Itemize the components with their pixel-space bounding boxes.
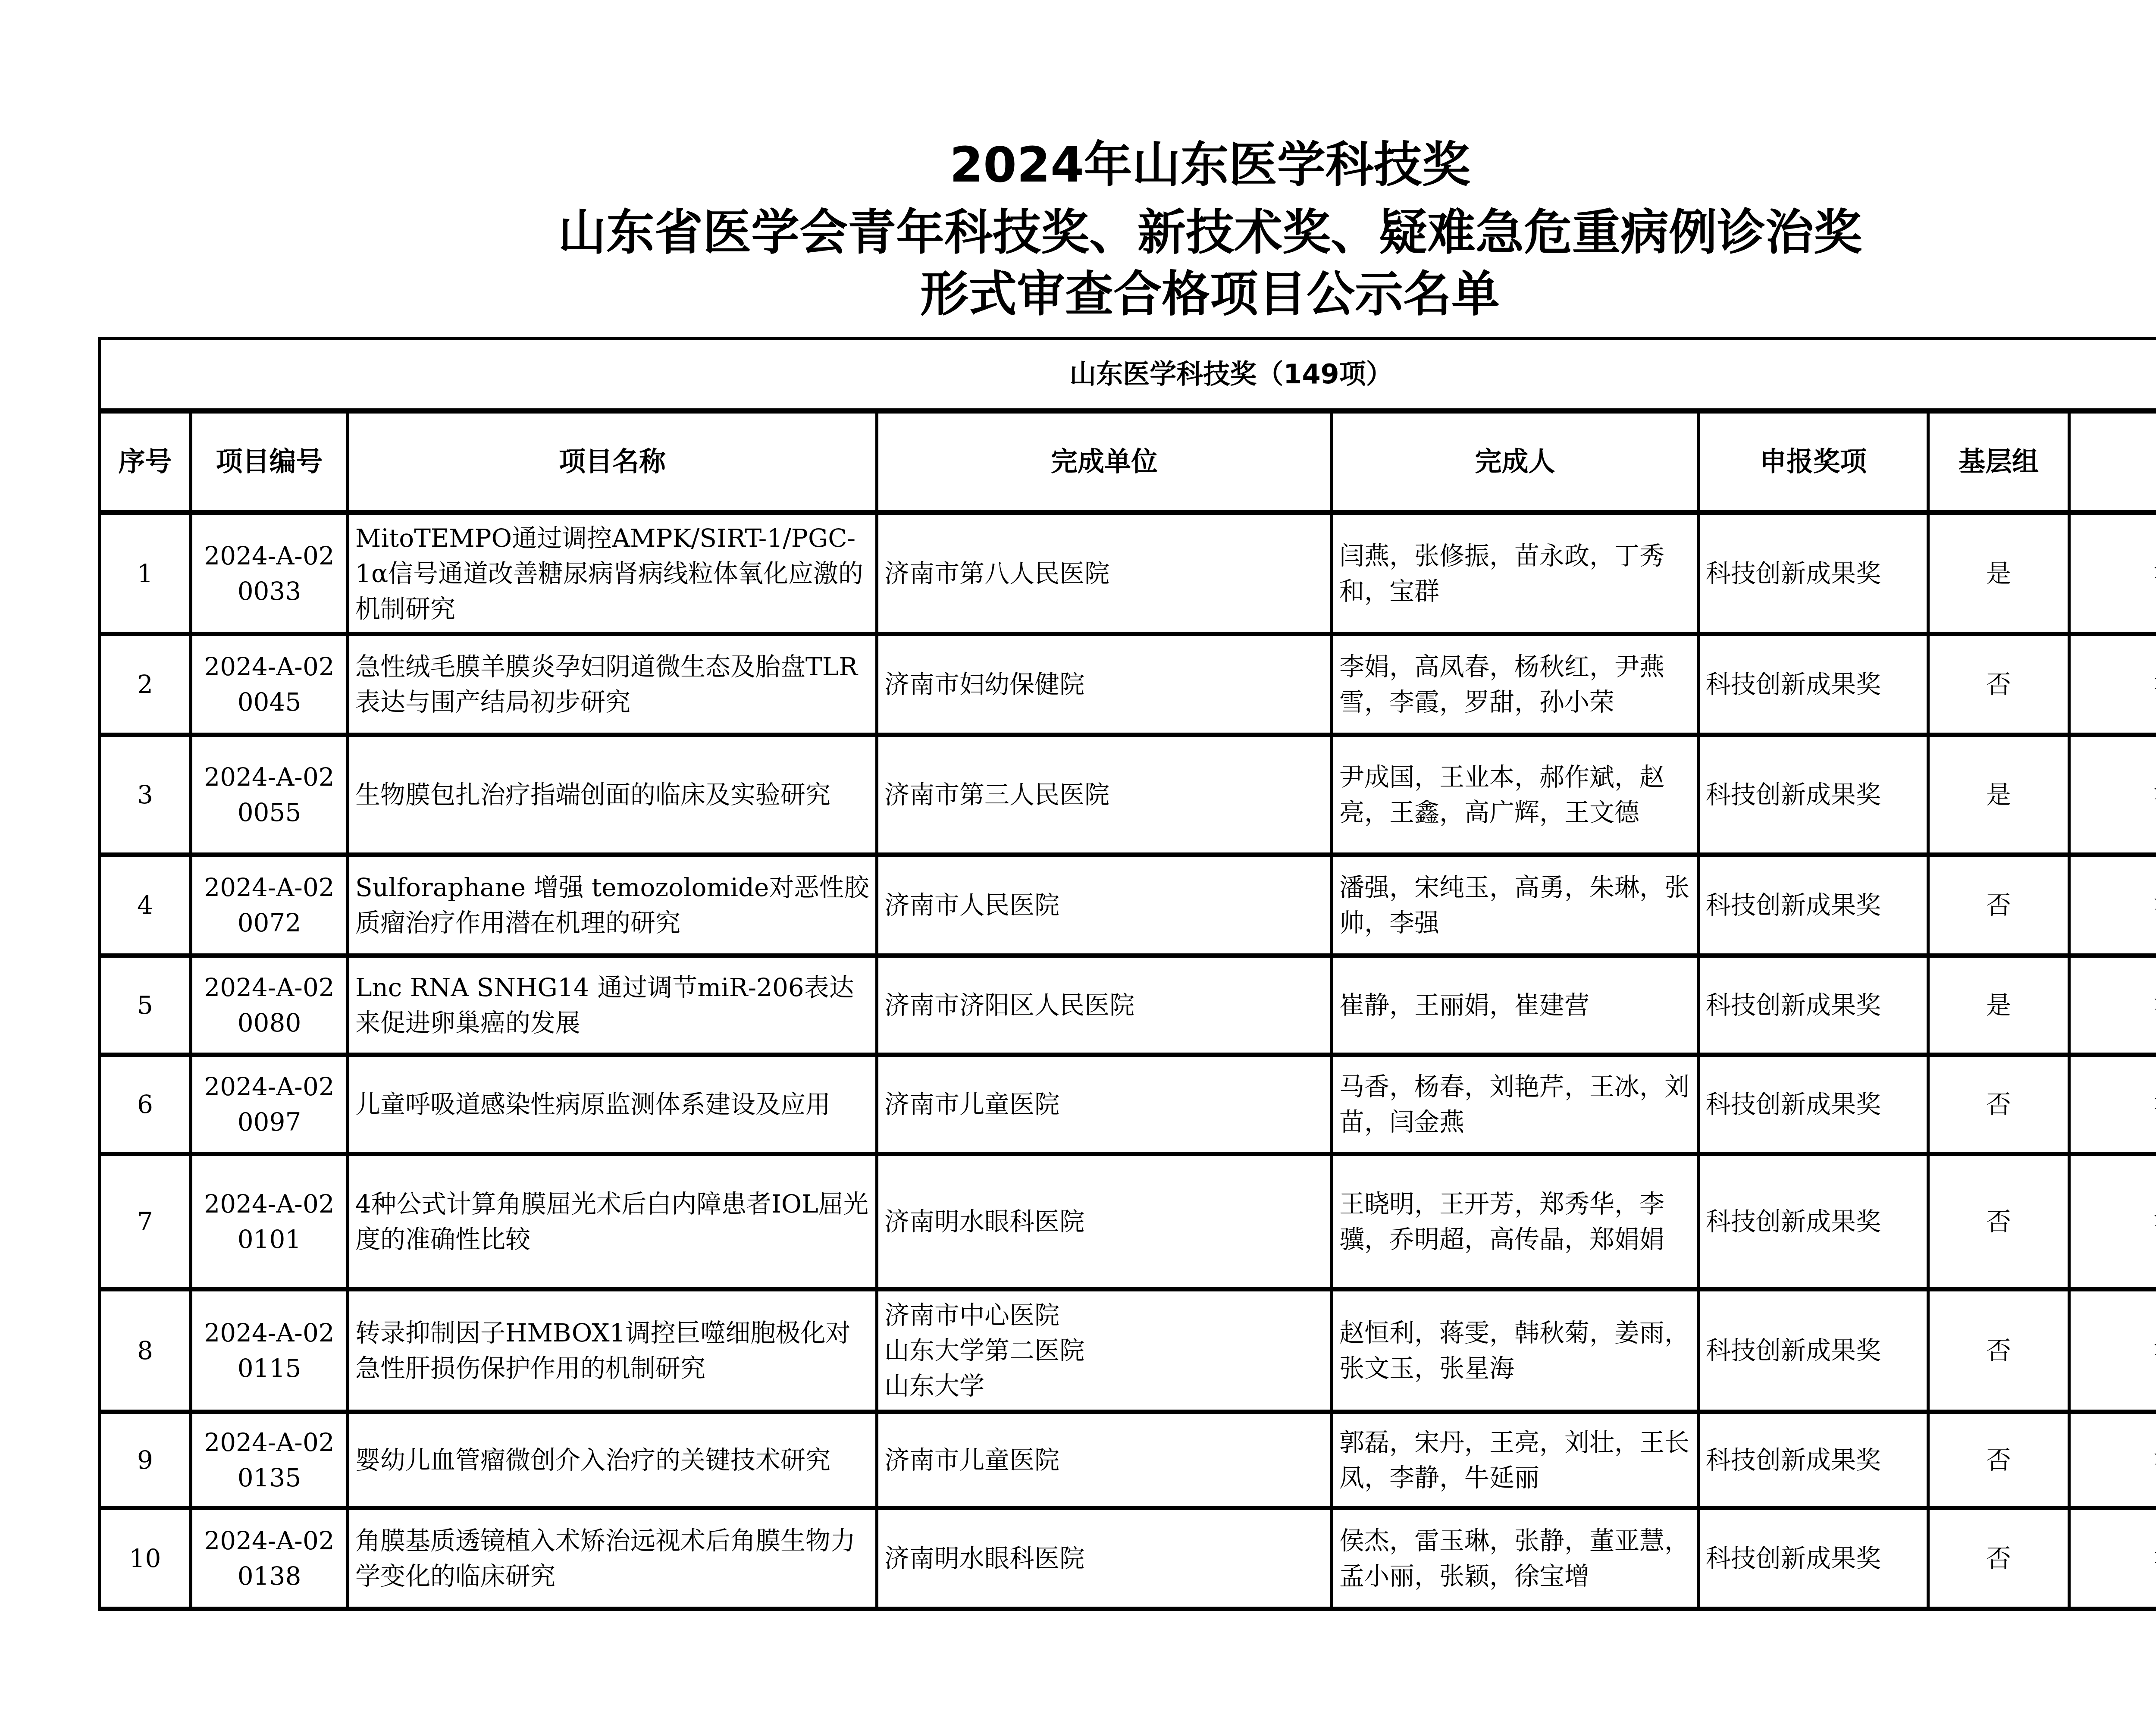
project-name: Lnc RNA SNHG14 通过调节miR-206表达来促进卵巢癌的发展 xyxy=(348,956,877,1055)
completion-people: 潘强，宋纯玉，高勇，朱琳，张帅，李强 xyxy=(1332,855,1698,956)
row-number: 2 xyxy=(100,634,191,735)
completion-people: 赵恒利，蒋雯，韩秋菊，姜雨，张文玉，张星海 xyxy=(1332,1289,1698,1412)
award-type: 科技创新成果奖 xyxy=(1698,956,1928,1055)
completion-unit: 济南明水眼科医院 xyxy=(877,1508,1332,1609)
award-type: 科技创新成果奖 xyxy=(1698,1289,1928,1412)
column-header-code: 项目编号 xyxy=(191,411,348,513)
completion-unit: 济南市妇幼保健院 xyxy=(877,634,1332,735)
row-number: 9 xyxy=(100,1412,191,1508)
row-number: 7 xyxy=(100,1154,191,1289)
row-number: 1 xyxy=(100,513,191,634)
completion-people: 闫燕，张修振，苗永政，丁秀和，宝群 xyxy=(1332,513,1698,634)
table-row: 82024-A-020115转录抑制因子HMBOX1调控巨噬细胞极化对急性肝损伤… xyxy=(100,1289,2156,1412)
grassroots-flag: 否 xyxy=(1928,855,2069,956)
row-number: 10 xyxy=(100,1508,191,1609)
project-code: 2024-A-020101 xyxy=(191,1154,348,1289)
table-row: 12024-A-020033MitoTEMPO通过调控AMPK/SIRT-1/P… xyxy=(100,513,2156,634)
project-code: 2024-A-020115 xyxy=(191,1289,348,1412)
table-row: 102024-A-020138角膜基质透镜植入术矫治远视术后角膜生物力学变化的临… xyxy=(100,1508,2156,1609)
award-type: 科技创新成果奖 xyxy=(1698,513,1928,634)
recommending-unit: 济南医学会 xyxy=(2069,1154,2156,1289)
completion-people: 郭磊，宋丹，王亮，刘壮，王长凤，李静，牛延丽 xyxy=(1332,1412,1698,1508)
project-name: Sulforaphane 增强 temozolomide对恶性胶质瘤治疗作用潜在… xyxy=(348,855,877,956)
grassroots-flag: 否 xyxy=(1928,1508,2069,1609)
award-type: 科技创新成果奖 xyxy=(1698,1055,1928,1154)
completion-unit: 济南市儿童医院 xyxy=(877,1412,1332,1508)
column-header-no: 序号 xyxy=(100,411,191,513)
award-type: 科技创新成果奖 xyxy=(1698,855,1928,956)
table-row: 92024-A-020135婴幼儿血管瘤微创介入治疗的关键技术研究济南市儿童医院… xyxy=(100,1412,2156,1508)
project-code: 2024-A-020097 xyxy=(191,1055,348,1154)
project-name: 转录抑制因子HMBOX1调控巨噬细胞极化对急性肝损伤保护作用的机制研究 xyxy=(348,1289,877,1412)
award-type: 科技创新成果奖 xyxy=(1698,1508,1928,1609)
completion-unit: 济南市第三人民医院 xyxy=(877,735,1332,855)
column-header-name: 项目名称 xyxy=(348,411,877,513)
completion-people: 尹成国，王业本，郝作斌，赵亮，王鑫，高广辉，王文德 xyxy=(1332,735,1698,855)
grassroots-flag: 是 xyxy=(1928,513,2069,634)
row-number: 4 xyxy=(100,855,191,956)
project-code: 2024-A-020033 xyxy=(191,513,348,634)
section-title: 山东医学科技奖（149项） xyxy=(100,338,2156,411)
award-type: 科技创新成果奖 xyxy=(1698,634,1928,735)
recommending-unit: 济南医学会 xyxy=(2069,1508,2156,1609)
column-header-unit: 完成单位 xyxy=(877,411,1332,513)
table-row: 22024-A-020045急性绒毛膜羊膜炎孕妇阴道微生态及胎盘TLR表达与围产… xyxy=(100,634,2156,735)
project-name: 4种公式计算角膜屈光术后白内障患者IOL屈光度的准确性比较 xyxy=(348,1154,877,1289)
recommending-unit: 济南医学会 xyxy=(2069,1289,2156,1412)
table-row: 42024-A-020072Sulforaphane 增强 temozolomi… xyxy=(100,855,2156,956)
project-name: 角膜基质透镜植入术矫治远视术后角膜生物力学变化的临床研究 xyxy=(348,1508,877,1609)
table-row: 72024-A-0201014种公式计算角膜屈光术后白内障患者IOL屈光度的准确… xyxy=(100,1154,2156,1289)
grassroots-flag: 否 xyxy=(1928,1412,2069,1508)
award-type: 科技创新成果奖 xyxy=(1698,735,1928,855)
completion-people: 侯杰，雷玉琳，张静，董亚慧，孟小丽，张颖，徐宝增 xyxy=(1332,1508,1698,1609)
completion-unit: 济南明水眼科医院 xyxy=(877,1154,1332,1289)
project-code: 2024-A-020135 xyxy=(191,1412,348,1508)
column-header-grassroots: 基层组 xyxy=(1928,411,2069,513)
recommending-unit: 济南医学会 xyxy=(2069,956,2156,1055)
document-title-line-3: 形式审查合格项目公示名单 xyxy=(0,266,2156,323)
table-row: 52024-A-020080Lnc RNA SNHG14 通过调节miR-206… xyxy=(100,956,2156,1055)
completion-unit: 济南市济阳区人民医院 xyxy=(877,956,1332,1055)
column-header-recommender: 推荐单位 xyxy=(2069,411,2156,513)
grassroots-flag: 是 xyxy=(1928,956,2069,1055)
project-name: 生物膜包扎治疗指端创面的临床及实验研究 xyxy=(348,735,877,855)
recommending-unit: 济南医学会 xyxy=(2069,735,2156,855)
completion-people: 王晓明，王开芳，郑秀华，李骥，乔明超，高传晶，郑娟娟 xyxy=(1332,1154,1698,1289)
project-code: 2024-A-020138 xyxy=(191,1508,348,1609)
grassroots-flag: 是 xyxy=(1928,735,2069,855)
award-type: 科技创新成果奖 xyxy=(1698,1154,1928,1289)
award-type: 科技创新成果奖 xyxy=(1698,1412,1928,1508)
project-name: 儿童呼吸道感染性病原监测体系建设及应用 xyxy=(348,1055,877,1154)
project-list-table: 山东医学科技奖（149项） 序号 项目编号 项目名称 完成单位 完成人 申报奖项… xyxy=(98,337,2156,1611)
recommending-unit: 济南医学会 xyxy=(2069,1055,2156,1154)
table-row: 32024-A-020055生物膜包扎治疗指端创面的临床及实验研究济南市第三人民… xyxy=(100,735,2156,855)
recommending-unit: 济南医学会 xyxy=(2069,634,2156,735)
recommending-unit: 济南医学会 xyxy=(2069,855,2156,956)
column-header-people: 完成人 xyxy=(1332,411,1698,513)
project-name: 婴幼儿血管瘤微创介入治疗的关键技术研究 xyxy=(348,1412,877,1508)
row-number: 6 xyxy=(100,1055,191,1154)
completion-unit: 济南市中心医院 山东大学第二医院 山东大学 xyxy=(877,1289,1332,1412)
completion-unit: 济南市人民医院 xyxy=(877,855,1332,956)
project-code: 2024-A-020055 xyxy=(191,735,348,855)
row-number: 3 xyxy=(100,735,191,855)
project-code: 2024-A-020072 xyxy=(191,855,348,956)
grassroots-flag: 否 xyxy=(1928,1289,2069,1412)
document-title-line-1: 2024年山东医学科技奖 xyxy=(0,137,2156,193)
project-code: 2024-A-020080 xyxy=(191,956,348,1055)
completion-people: 李娟，高凤春，杨秋红，尹燕雪，李霞，罗甜，孙小荣 xyxy=(1332,634,1698,735)
grassroots-flag: 否 xyxy=(1928,1154,2069,1289)
row-number: 8 xyxy=(100,1289,191,1412)
column-header-award: 申报奖项 xyxy=(1698,411,1928,513)
document-title-line-2: 山东省医学会青年科技奖、新技术奖、疑难急危重病例诊治奖 xyxy=(0,205,2156,261)
completion-unit: 济南市儿童医院 xyxy=(877,1055,1332,1154)
recommending-unit: 济南医学会 xyxy=(2069,513,2156,634)
grassroots-flag: 否 xyxy=(1928,634,2069,735)
completion-people: 崔静，王丽娟，崔建营 xyxy=(1332,956,1698,1055)
project-code: 2024-A-020045 xyxy=(191,634,348,735)
completion-people: 马香，杨春，刘艳芹，王冰，刘苗，闫金燕 xyxy=(1332,1055,1698,1154)
table-row: 62024-A-020097儿童呼吸道感染性病原监测体系建设及应用济南市儿童医院… xyxy=(100,1055,2156,1154)
row-number: 5 xyxy=(100,956,191,1055)
completion-unit: 济南市第八人民医院 xyxy=(877,513,1332,634)
project-name: 急性绒毛膜羊膜炎孕妇阴道微生态及胎盘TLR表达与围产结局初步研究 xyxy=(348,634,877,735)
project-name: MitoTEMPO通过调控AMPK/SIRT-1/PGC-1α信号通道改善糖尿病… xyxy=(348,513,877,634)
grassroots-flag: 否 xyxy=(1928,1055,2069,1154)
recommending-unit: 济南医学会 xyxy=(2069,1412,2156,1508)
